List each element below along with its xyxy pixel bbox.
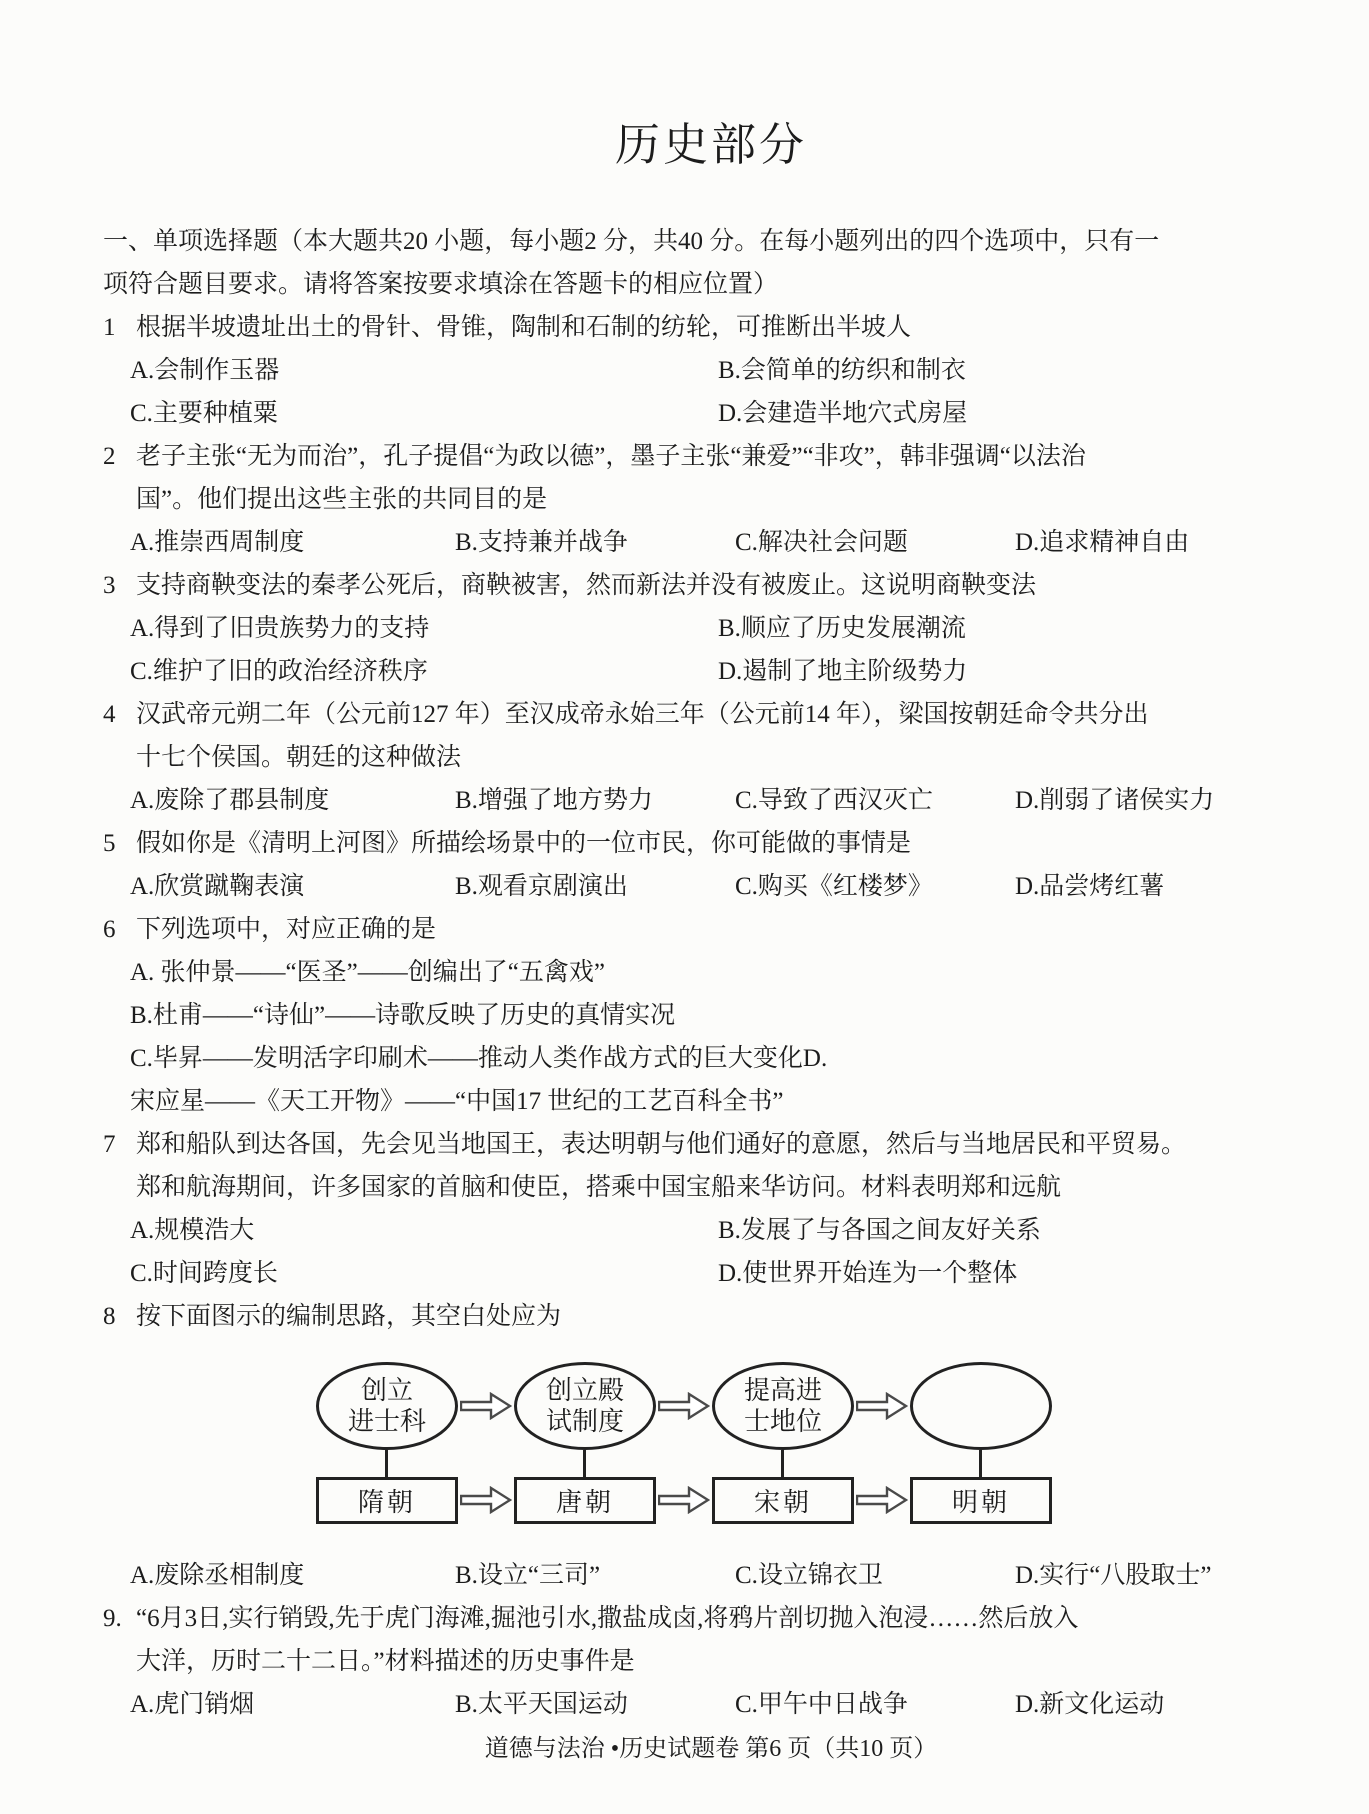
option-b: B.观看京剧演出 xyxy=(455,865,735,908)
options-row: A.虎门销烟 B.太平天国运动 C.甲午中日战争 D.新文化运动 xyxy=(103,1683,1319,1726)
ellipse-label-line: 创立 xyxy=(361,1375,413,1406)
question-stem-line: 十七个侯国。朝廷的这种做法 xyxy=(103,736,1319,779)
diagram-ellipse-2: 创立殿 试制度 xyxy=(514,1362,656,1450)
question-stem-line: 按下面图示的编制思路，其空白处应为 xyxy=(136,1295,561,1338)
question-8-diagram: 创立 进士科 创立殿 试制度 提高进 士地位 xyxy=(317,1362,1059,1524)
question-number: 5 xyxy=(103,822,136,865)
question-stem-line: 老子主张“无为而治”，孔子提倡“为政以德”，墨子主张“兼爱”“非攻”，韩非强调“… xyxy=(136,435,1086,478)
flow-arrow-icon xyxy=(658,1486,710,1514)
question-5: 5 假如你是《清明上河图》所描绘场景中的一位市民，你可能做的事情是 A.欣赏蹴鞠… xyxy=(103,822,1319,908)
question-number: 9. xyxy=(103,1597,136,1640)
question-stem-line: 郑和船队到达各国，先会见当地国王，表达明朝与他们通好的意愿，然后与当地居民和平贸… xyxy=(136,1123,1186,1166)
option-c: C.时间跨度长 xyxy=(130,1252,718,1295)
question-4: 4 汉武帝元朔二年（公元前127 年）至汉成帝永始三年（公元前14 年），梁国按… xyxy=(103,693,1319,822)
page-title: 历史部分 xyxy=(103,0,1319,174)
question-number: 4 xyxy=(103,693,136,736)
intro-line-2: 项符合题目要求。请将答案按要求填涂在答题卡的相应位置） xyxy=(103,263,1319,306)
option-b: B.设立“三司” xyxy=(455,1554,735,1597)
flow-arrow-icon xyxy=(856,1486,908,1514)
flow-arrow-icon xyxy=(658,1392,710,1420)
option-b: B.增强了地方势力 xyxy=(455,779,735,822)
options-row: C.时间跨度长 D.使世界开始连为一个整体 xyxy=(103,1252,1319,1295)
question-stem-line: 郑和航海期间，许多国家的首脑和使臣，搭乘中国宝船来华访问。材料表明郑和远航 xyxy=(103,1166,1319,1209)
question-number: 2 xyxy=(103,435,136,478)
option-c: C.维护了旧的政治经济秩序 xyxy=(130,650,718,693)
option-d: D.追求精神自由 xyxy=(1015,521,1319,564)
options-row: A.规模浩大 B.发展了与各国之间友好关系 xyxy=(103,1209,1319,1252)
question-stem-line: “6月3日,实行销毁,先于虎门海滩,掘池引水,撒盐成卤,将鸦片剖切抛入泡浸……然… xyxy=(136,1597,1078,1640)
options-row: A.废除了郡县制度 B.增强了地方势力 C.导致了西汉灭亡 D.削弱了诸侯实力 xyxy=(103,779,1319,822)
page-footer: 道德与法治 •历史试题卷 第6 页（共10 页） xyxy=(103,1728,1319,1771)
option-c: C.主要种植粟 xyxy=(130,392,718,435)
question-2: 2 老子主张“无为而治”，孔子提倡“为政以德”，墨子主张“兼爱”“非攻”，韩非强… xyxy=(103,435,1319,564)
option-b: B.太平天国运动 xyxy=(455,1683,735,1726)
flow-arrow-icon xyxy=(460,1392,512,1420)
question-stem-line: 大洋，历时二十二日。”材料描述的历史事件是 xyxy=(103,1640,1319,1683)
option-b: B.发展了与各国之间友好关系 xyxy=(718,1209,1319,1252)
question-stem-line: 下列选项中，对应正确的是 xyxy=(136,908,436,951)
option-d-continuation: 宋应星——《天工开物》——“中国17 世纪的工艺百科全书” xyxy=(103,1080,1319,1123)
option-c: C.甲午中日战争 xyxy=(735,1683,1015,1726)
flow-arrow-icon xyxy=(460,1486,512,1514)
options-row: C.维护了旧的政治经济秩序 D.遏制了地主阶级势力 xyxy=(103,650,1319,693)
connector-line xyxy=(979,1450,982,1477)
question-stem-line: 国”。他们提出这些主张的共同目的是 xyxy=(103,478,1319,521)
flow-arrow-icon xyxy=(856,1392,908,1420)
option-a: A.虎门销烟 xyxy=(130,1683,455,1726)
option-a: A.会制作玉器 xyxy=(130,349,718,392)
connector-line xyxy=(385,1450,388,1477)
option-a: A.废除了郡县制度 xyxy=(130,779,455,822)
option-c: C.设立锦衣卫 xyxy=(735,1554,1015,1597)
question-8: 8 按下面图示的编制思路，其空白处应为 创立 进士科 创立殿 试制度 提高进 士… xyxy=(103,1295,1319,1597)
diagram-box-3: 宋朝 xyxy=(712,1477,854,1524)
ellipse-label-line: 进士科 xyxy=(348,1406,426,1437)
ellipse-label-line: 士地位 xyxy=(744,1406,822,1437)
diagram-box-2: 唐朝 xyxy=(514,1477,656,1524)
question-number: 6 xyxy=(103,908,136,951)
diagram-box-4: 明朝 xyxy=(910,1477,1052,1524)
option-c: C.购买《红楼梦》 xyxy=(735,865,1015,908)
options-row: A.会制作玉器 B.会简单的纺织和制衣 xyxy=(103,349,1319,392)
ellipse-label-line: 创立殿 xyxy=(546,1375,624,1406)
connector-line xyxy=(781,1450,784,1477)
option-c: C.解决社会问题 xyxy=(735,521,1015,564)
question-number: 3 xyxy=(103,564,136,607)
option-b: B.会简单的纺织和制衣 xyxy=(718,349,1319,392)
diagram-ellipse-4-blank xyxy=(910,1362,1052,1450)
question-6: 6 下列选项中，对应正确的是 A. 张仲景——“医圣”——创编出了“五禽戏” B… xyxy=(103,908,1319,1123)
options-row: C.主要种植粟 D.会建造半地穴式房屋 xyxy=(103,392,1319,435)
question-number: 1 xyxy=(103,306,136,349)
diagram-box-1: 隋朝 xyxy=(316,1477,458,1524)
intro-line-1: 一、单项选择题（本大题共20 小题，每小题2 分，共40 分。在每小题列出的四个… xyxy=(103,220,1319,263)
option-d: D.削弱了诸侯实力 xyxy=(1015,779,1319,822)
section-intro: 一、单项选择题（本大题共20 小题，每小题2 分，共40 分。在每小题列出的四个… xyxy=(103,220,1319,306)
options-row: A.得到了旧贵族势力的支持 B.顺应了历史发展潮流 xyxy=(103,607,1319,650)
option-d: D.遏制了地主阶级势力 xyxy=(718,650,1319,693)
option-d: D.使世界开始连为一个整体 xyxy=(718,1252,1319,1295)
diagram-ellipse-1: 创立 进士科 xyxy=(316,1362,458,1450)
question-stem-line: 假如你是《清明上河图》所描绘场景中的一位市民，你可能做的事情是 xyxy=(136,822,911,865)
option-a: A.得到了旧贵族势力的支持 xyxy=(130,607,718,650)
question-7: 7 郑和船队到达各国，先会见当地国王，表达明朝与他们通好的意愿，然后与当地居民和… xyxy=(103,1123,1319,1295)
option-a: A.规模浩大 xyxy=(130,1209,718,1252)
option-b: B.支持兼并战争 xyxy=(455,521,735,564)
options-row: A.推崇西周制度 B.支持兼并战争 C.解决社会问题 D.追求精神自由 xyxy=(103,521,1319,564)
option-d: D.会建造半地穴式房屋 xyxy=(718,392,1319,435)
ellipse-label-line: 提高进 xyxy=(744,1375,822,1406)
option-d: D.品尝烤红薯 xyxy=(1015,865,1319,908)
option-c: C.导致了西汉灭亡 xyxy=(735,779,1015,822)
ellipse-label-line: 试制度 xyxy=(546,1406,624,1437)
question-stem-line: 根据半坡遗址出土的骨针、骨锥，陶制和石制的纺轮，可推断出半坡人 xyxy=(136,306,911,349)
diagram-ellipse-3: 提高进 士地位 xyxy=(712,1362,854,1450)
options-row: A.废除丞相制度 B.设立“三司” C.设立锦衣卫 D.实行“八股取士” xyxy=(103,1554,1319,1597)
exam-page: 历史部分 一、单项选择题（本大题共20 小题，每小题2 分，共40 分。在每小题… xyxy=(0,0,1369,1814)
question-number: 8 xyxy=(103,1295,136,1338)
option-c: C.毕昇——发明活字印刷术——推动人类作战方式的巨大变化D. xyxy=(103,1037,1319,1080)
option-b: B.杜甫——“诗仙”——诗歌反映了历史的真情实况 xyxy=(103,994,1319,1037)
option-a: A.废除丞相制度 xyxy=(130,1554,455,1597)
question-number: 7 xyxy=(103,1123,136,1166)
options-row: A.欣赏蹴鞠表演 B.观看京剧演出 C.购买《红楼梦》 D.品尝烤红薯 xyxy=(103,865,1319,908)
question-3: 3 支持商鞅变法的秦孝公死后，商鞅被害，然而新法并没有被废止。这说明商鞅变法 A… xyxy=(103,564,1319,693)
option-a: A.推崇西周制度 xyxy=(130,521,455,564)
option-d: D.新文化运动 xyxy=(1015,1683,1319,1726)
option-a: A. 张仲景——“医圣”——创编出了“五禽戏” xyxy=(103,951,1319,994)
option-d: D.实行“八股取士” xyxy=(1015,1554,1319,1597)
question-stem-line: 汉武帝元朔二年（公元前127 年）至汉成帝永始三年（公元前14 年），梁国按朝廷… xyxy=(136,693,1149,736)
question-stem-line: 支持商鞅变法的秦孝公死后，商鞅被害，然而新法并没有被废止。这说明商鞅变法 xyxy=(136,564,1036,607)
question-9: 9. “6月3日,实行销毁,先于虎门海滩,掘池引水,撒盐成卤,将鸦片剖切抛入泡浸… xyxy=(103,1597,1319,1726)
option-a: A.欣赏蹴鞠表演 xyxy=(130,865,455,908)
option-b: B.顺应了历史发展潮流 xyxy=(718,607,1319,650)
connector-line xyxy=(583,1450,586,1477)
question-1: 1 根据半坡遗址出土的骨针、骨锥，陶制和石制的纺轮，可推断出半坡人 A.会制作玉… xyxy=(103,306,1319,435)
